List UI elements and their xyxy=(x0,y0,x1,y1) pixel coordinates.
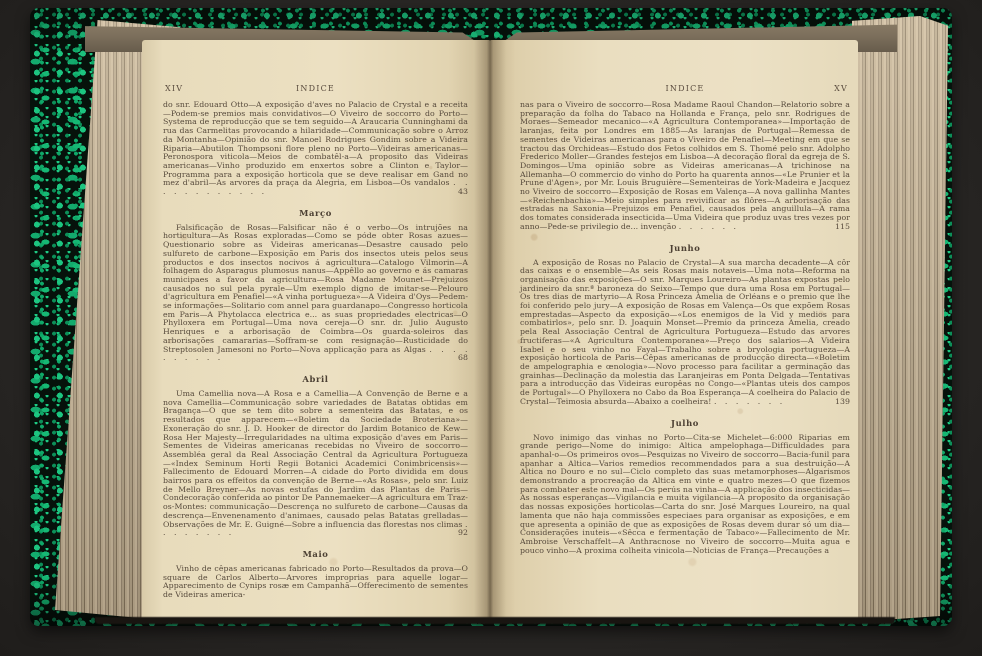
page-header: INDICE XV xyxy=(520,84,850,98)
index-month-section: do snr. Edouard Otto—A exposição d'aves … xyxy=(163,101,468,197)
index-entries-text: Falsificação de Rosas—Falsificar não é o… xyxy=(163,224,468,363)
entry-page-number: 115 xyxy=(831,223,850,232)
book-page-left: XIV INDICE do snr. Edouard Otto—A exposi… xyxy=(142,40,490,620)
index-month-section: Maio Vinho de cêpas americanas fabricado… xyxy=(163,549,468,600)
month-heading: Junho xyxy=(520,243,850,253)
index-entries-text: do snr. Edouard Otto—A exposição d'aves … xyxy=(163,101,468,197)
leader-dots: . . . . . . . xyxy=(714,397,783,406)
leader-dots: . . . . . . xyxy=(679,222,737,231)
entry-page-number: 139 xyxy=(818,398,850,407)
index-entries-text: nas para o Viveiro de soccorro—Rosa Mada… xyxy=(520,101,850,232)
index-entries-text: Vinho de cêpas americanas fabricado no P… xyxy=(163,565,468,600)
running-title: INDICE xyxy=(163,84,468,93)
month-heading: Março xyxy=(163,208,468,218)
entry-page-number: 68 xyxy=(441,354,468,363)
month-heading: Maio xyxy=(163,549,468,559)
index-month-section: Junho A exposição de Rosas no Palacio de… xyxy=(520,243,850,407)
page-header: XIV INDICE xyxy=(163,84,468,98)
index-sections-left: do snr. Edouard Otto—A exposição d'aves … xyxy=(163,101,468,600)
index-entries-text: A exposição de Rosas no Palacio de Cryst… xyxy=(520,259,850,407)
entry-page-number: 43 xyxy=(454,188,468,197)
page-edges-right xyxy=(852,16,952,622)
index-month-section: Abril Uma Camellia nova—A Rosa e a Camel… xyxy=(163,374,468,538)
book-bottom-shadow xyxy=(95,617,895,624)
month-heading: Abril xyxy=(163,374,468,384)
index-entries-text: Uma Camellia nova—A Rosa e a Camellia—A … xyxy=(163,390,468,538)
book-page-right: INDICE XV nas para o Viveiro de soccorro… xyxy=(490,40,858,620)
index-sections-right: nas para o Viveiro de soccorro—Rosa Mada… xyxy=(520,101,850,555)
index-month-section: Março Falsificação de Rosas—Falsificar n… xyxy=(163,208,468,363)
folio-number: XV xyxy=(834,84,848,93)
photo-scene: XIV INDICE do snr. Edouard Otto—A exposi… xyxy=(0,0,982,656)
index-entries-text: Novo inimigo das vinhas no Porto—Cita-se… xyxy=(520,434,850,556)
index-month-section: Julho Novo inimigo das vinhas no Porto—C… xyxy=(520,418,850,556)
month-heading: Julho xyxy=(520,418,850,428)
index-month-section: nas para o Viveiro de soccorro—Rosa Mada… xyxy=(520,101,850,232)
entry-page-number: 92 xyxy=(441,529,468,538)
running-title: INDICE xyxy=(520,84,850,93)
